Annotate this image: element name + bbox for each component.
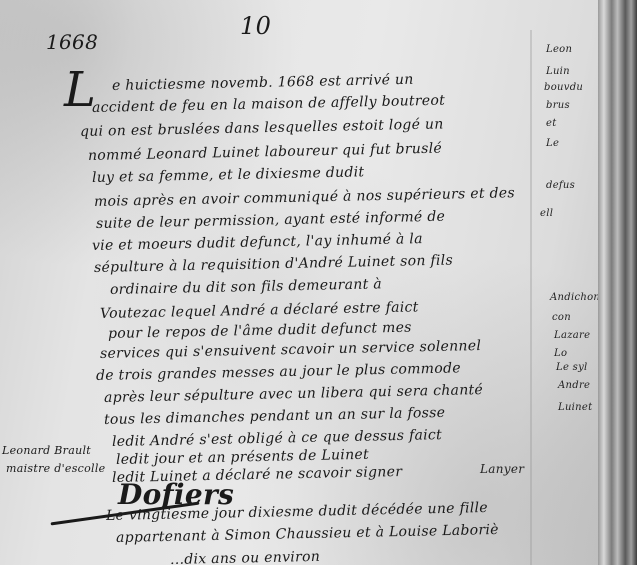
margin-note: brus	[546, 100, 570, 111]
book-binding	[598, 0, 637, 565]
entry-line: nommé Leonard Luinet laboureur qui fut b…	[88, 141, 442, 164]
entry-line: pour le repos de l'âme dudit defunct mes	[108, 320, 412, 342]
witness-name: Leonard Brault	[2, 444, 91, 457]
folio-number: 10	[240, 12, 271, 40]
year-heading: 1668	[46, 30, 98, 54]
margin-note: Luin	[546, 66, 570, 77]
margin-note: Lo	[554, 348, 567, 359]
margin-note: et	[546, 118, 557, 129]
entry-line: vie et moeurs dudit defunct, l'ay inhumé…	[92, 231, 423, 254]
register-page: 1668 10 L e huictiesme novemb. 1668 est …	[0, 0, 600, 565]
entry-line: services qui s'ensuivent scavoir un serv…	[100, 338, 481, 362]
margin-note: Le syl	[556, 362, 588, 373]
entry-line: e huictiesme novemb. 1668 est arrivé un	[112, 72, 414, 94]
margin-note: Andre	[558, 380, 590, 391]
entry-2-line: ...dix ans ou environ	[170, 549, 320, 565]
margin-note: bouvdu	[544, 82, 583, 93]
entry-line: mois après en avoir communiqué à nos sup…	[94, 185, 515, 210]
right-signature: Lanyer	[480, 462, 524, 476]
witness-title: maistre d'escolle	[6, 462, 106, 475]
entry-line: qui on est bruslées dans lesquelles esto…	[80, 116, 444, 140]
margin-note: Andichon	[550, 292, 600, 303]
margin-note: Luinet	[558, 402, 592, 413]
margin-note: Le	[546, 138, 559, 149]
entry-line: tous les dimanches pendant un an sur la …	[104, 405, 446, 428]
entry-line: après leur sépulture avec un libera qui …	[104, 382, 483, 406]
margin-note: con	[552, 312, 571, 323]
entry-line: ledit André s'est obligé à ce que dessus…	[112, 427, 442, 450]
entry-line: suite de leur permission, ayant esté inf…	[96, 209, 445, 232]
entry-line: de trois grandes messes au jour le plus …	[96, 360, 461, 384]
entry-line: Voutezac lequel André a déclaré estre fa…	[100, 299, 419, 322]
margin-note: Leon	[546, 44, 572, 55]
entry-line: luy et sa femme, et le dixiesme dudit	[92, 164, 365, 186]
margin-note: Lazare	[554, 330, 590, 341]
margin-rule	[530, 30, 532, 565]
entry-2-line: appartenant à Simon Chaussieu et à Louis…	[116, 522, 499, 546]
margin-note: defus	[546, 180, 575, 191]
entry-line: sépulture à la requisition d'André Luine…	[94, 252, 453, 276]
margin-note: ell	[540, 208, 553, 219]
entry-line: accident de feu en la maison de affelly …	[92, 93, 445, 116]
entry-line: ordinaire du dit son fils demeurant à	[110, 276, 382, 298]
